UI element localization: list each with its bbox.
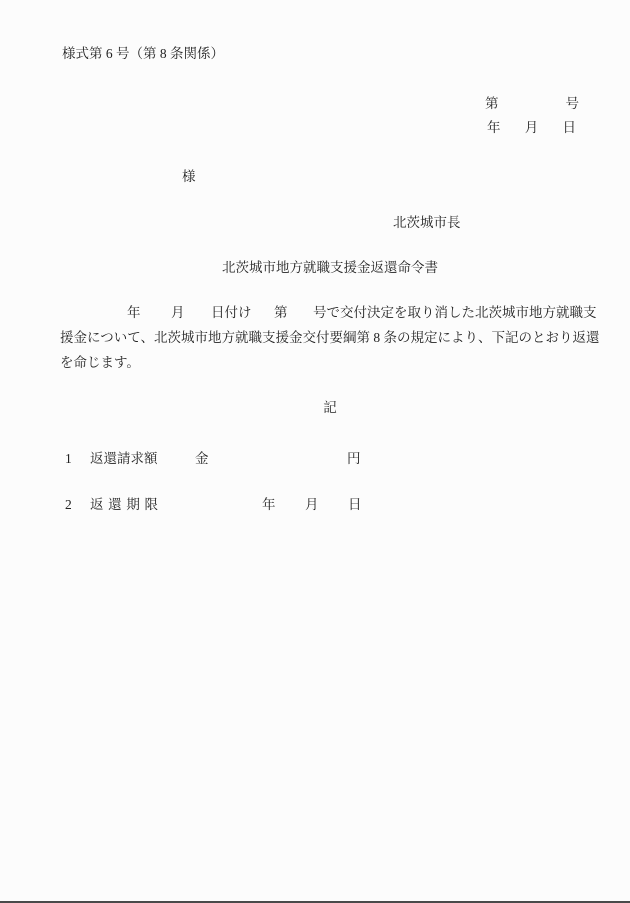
recipient-honorific: 様 [182,168,196,186]
body-line1-number-prefix: 第 [274,304,288,322]
item2-year-label: 年 [262,496,276,514]
doc-number-suffix: 号 [566,95,580,113]
doc-number-line: 第 号 [485,95,579,113]
doc-number-prefix: 第 [485,95,499,113]
date-line: 年 月 日 [487,119,576,137]
item2-label-char1: 返 [90,496,104,514]
item-row-2: 2 返 還 期 限 年 月 日 [0,496,630,516]
document-page: 様式第 6 号（第 8 条関係） 第 号 年 月 日 様 北茨城市長 北茨城市地… [0,0,630,903]
form-number: 様式第 6 号（第 8 条関係） [62,45,224,63]
date-year-label: 年 [487,119,501,137]
body-line-2: 援金について、北茨城市地方就職支援金交付要綱第 8 条の規定により、下記のとおり… [60,329,599,347]
date-month-label: 月 [525,119,539,137]
item2-label-char4: 限 [144,496,158,514]
body-line1-month-label: 月 [171,304,185,322]
item1-amount-prefix: 金 [195,450,209,468]
date-day-label: 日 [563,119,577,137]
item2-label-char3: 期 [126,496,140,514]
item1-number: 1 [65,450,72,468]
document-title: 北茨城市地方就職支援金返還命令書 [30,259,630,277]
record-label: 記 [30,399,630,417]
body-line1-day-label: 日付け [211,304,252,322]
item2-label: 返 還 期 限 [90,496,158,514]
body-line-1: 年 月 日付け 第 号で交付決定を取り消した北茨城市地方就職支 [0,304,630,324]
item2-day-label: 日 [348,496,362,514]
body-line1-year-label: 年 [127,304,141,322]
item1-amount-suffix: 円 [347,450,361,468]
item2-number: 2 [65,496,72,514]
item-row-1: 1 返還請求額 金 円 [0,450,630,470]
item2-label-char2: 還 [108,496,122,514]
item2-month-label: 月 [305,496,319,514]
body-line-3: を命じます。 [60,354,140,372]
sender-title: 北茨城市長 [393,214,461,232]
body-line1-text: 号で交付決定を取り消した北茨城市地方就職支 [313,304,597,322]
item1-label: 返還請求額 [90,450,158,468]
